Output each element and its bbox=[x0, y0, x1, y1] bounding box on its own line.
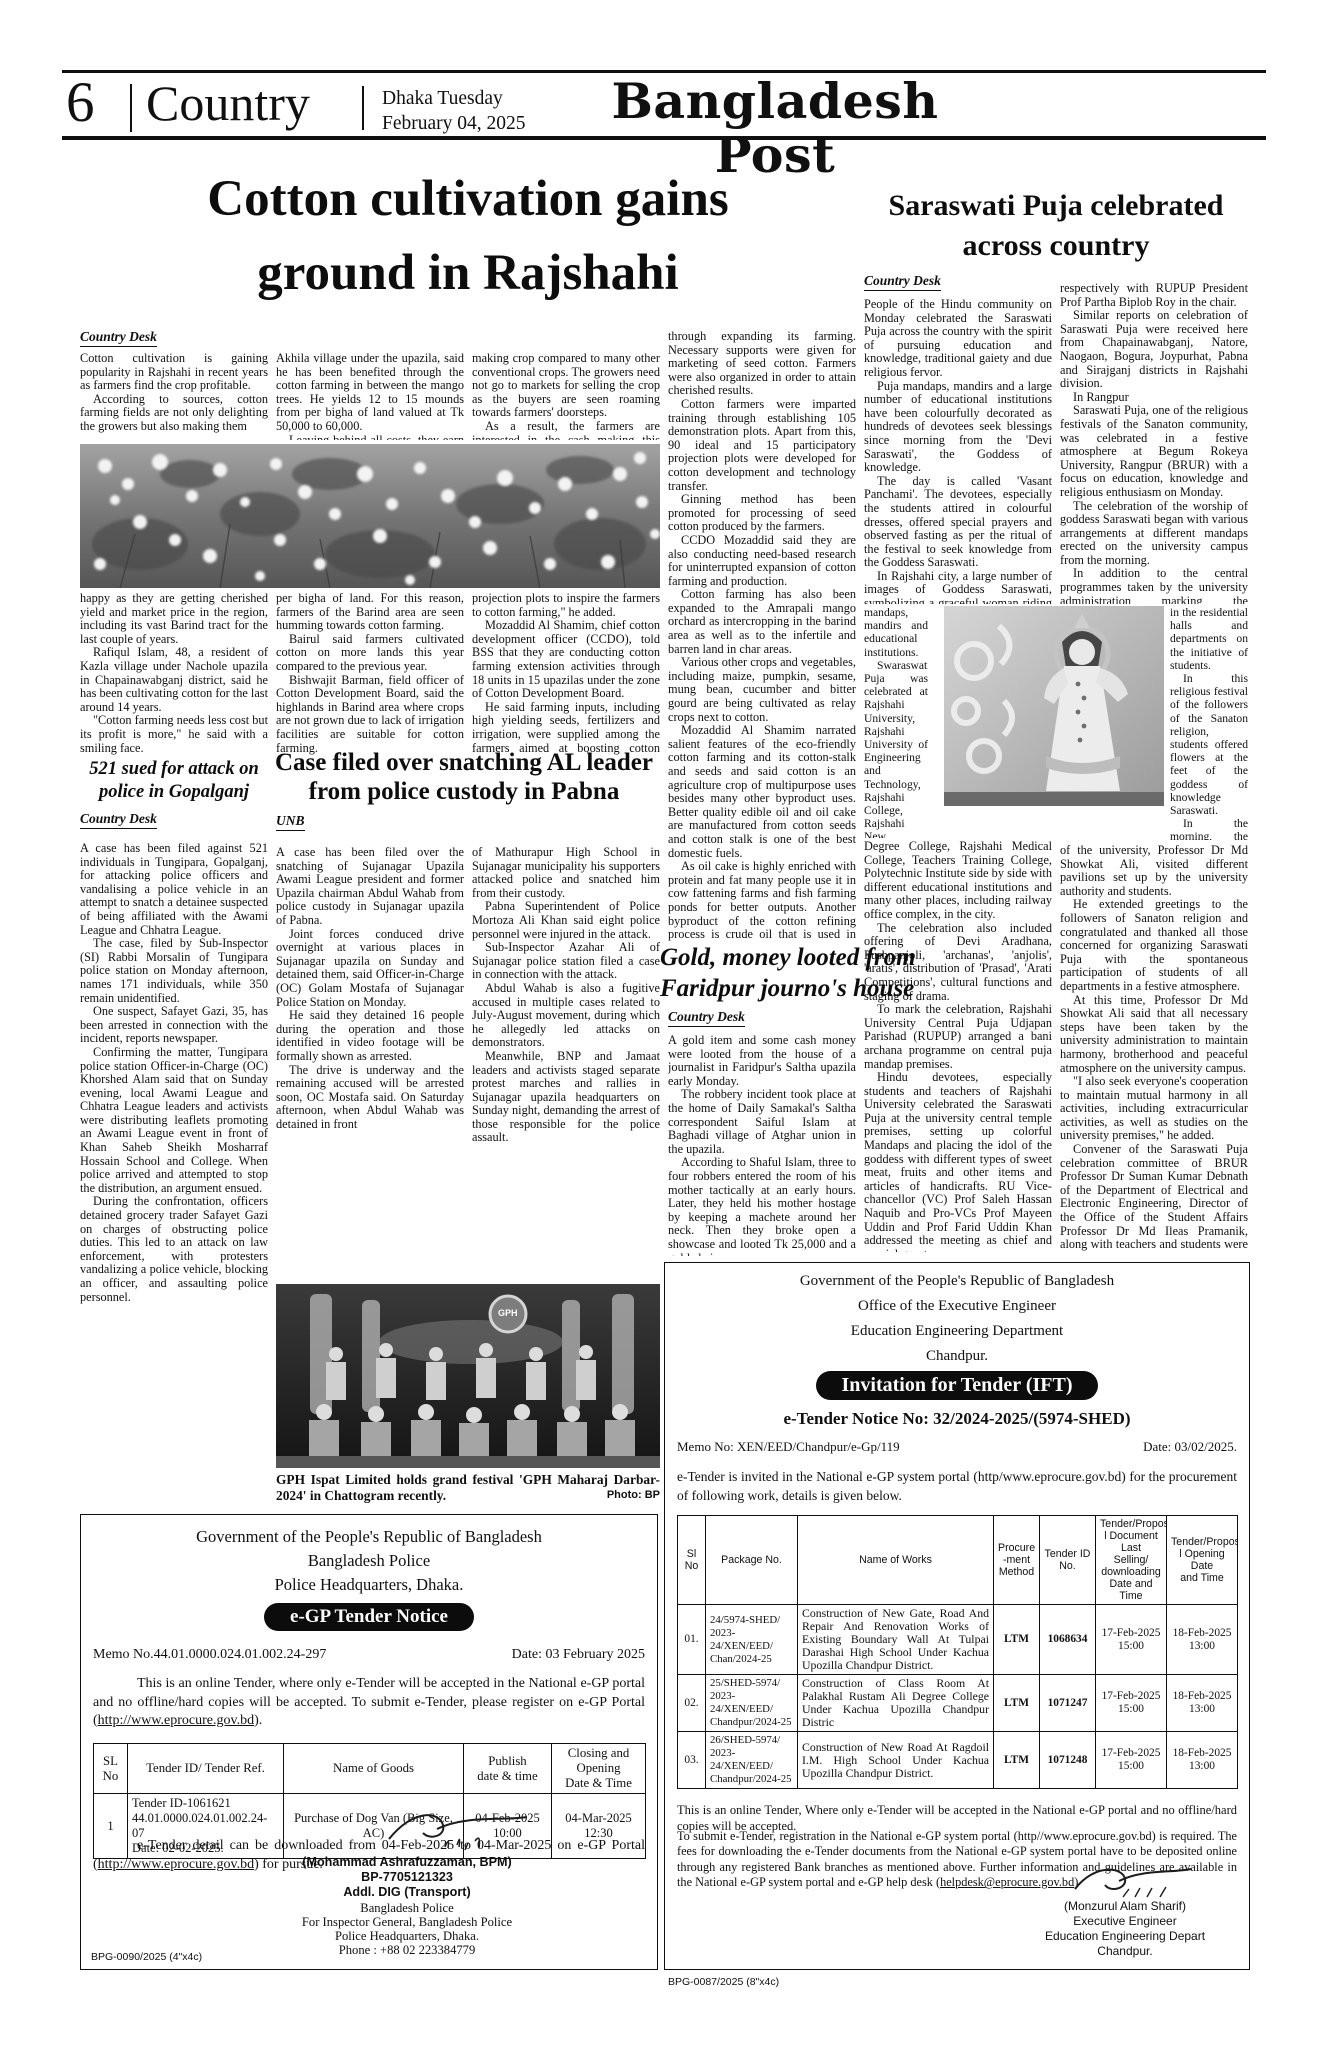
paragraph: happy as they are getting cherished yiel… bbox=[80, 592, 268, 646]
saraswati-col2-b: of the university, Professor Dr Md Showk… bbox=[1060, 844, 1248, 1252]
cotton-headline: Cotton cultivation gains ground in Rajsh… bbox=[80, 162, 856, 310]
table-header-cell: Tender ID/ Tender Ref. bbox=[128, 1744, 284, 1794]
pabna-col1: A case has been filed over the snatching… bbox=[276, 846, 464, 1274]
table-cell: 03. bbox=[678, 1732, 706, 1789]
saraswati-col1-a: People of the Hindu community on Monday … bbox=[864, 298, 1052, 604]
text-line: (Mohammad Ashrafuzzaman, BPM) bbox=[231, 1855, 583, 1870]
gold-byline: Country Desk bbox=[668, 1008, 745, 1027]
eed-tender-table-wrap: Sl NoPackage No.Name of WorksProcure -me… bbox=[677, 1515, 1237, 1789]
issue-date: Dhaka Tuesday February 04, 2025 bbox=[382, 86, 526, 136]
paragraph: of the university, Professor Dr Md Showk… bbox=[1060, 844, 1248, 898]
cotton-byline-label: Country Desk bbox=[80, 329, 157, 347]
paragraph: Meanwhile, BNP and Jamaat leaders and ac… bbox=[472, 1050, 660, 1145]
paragraph: Similar reports on celebration of Sarasw… bbox=[1060, 309, 1248, 391]
saraswati-headline-line2: across country bbox=[864, 226, 1248, 266]
text-line: Phone : +88 02 223384779 bbox=[231, 1943, 583, 1957]
police-tender-memo-row: Memo No.44.01.0000.024.01.002.24-297 Dat… bbox=[93, 1647, 645, 1663]
table-header-cell: Name of Goods bbox=[284, 1744, 464, 1794]
table-cell: 17-Feb-2025 15:00 bbox=[1096, 1675, 1167, 1732]
cotton-col2-bottom: per bigha of land. For this reason, farm… bbox=[276, 592, 464, 756]
table-header-cell: Package No. bbox=[706, 1516, 798, 1605]
paragraph: The robbery incident took place at the h… bbox=[668, 1088, 856, 1156]
cotton-col3-bottom: projection plots to inspire the farmers … bbox=[472, 592, 660, 756]
table-cell: 17-Feb-2025 15:00 bbox=[1096, 1732, 1167, 1789]
text-line: Chandpur. bbox=[1005, 1944, 1245, 1959]
text-line: Bangladesh Police bbox=[231, 1901, 583, 1915]
newspaper-page: 6 Country Dhaka Tuesday February 04, 202… bbox=[0, 0, 1328, 2048]
table-header-cell: Tender/Proposa l Opening Date and Time bbox=[1167, 1516, 1238, 1605]
text-line: For Inspector General, Bangladesh Police bbox=[231, 1915, 583, 1929]
gopalganj-byline-label: Country Desk bbox=[80, 811, 157, 829]
police-signatory-name: (Mohammad Ashrafuzzaman, BPM)BP-77051213… bbox=[231, 1855, 583, 1900]
cotton-col2-top: Akhila village under the upazila, said h… bbox=[276, 352, 464, 440]
saraswati-col1-b: Degree College, Rajshahi Medical College… bbox=[864, 840, 1052, 1252]
table-cell: 26/SHED-5974/ 2023-24/XEN/EED/ Chandpur/… bbox=[706, 1732, 798, 1789]
page-number: 6 bbox=[66, 74, 95, 131]
police-signatory-org: Bangladesh PoliceFor Inspector General, … bbox=[231, 1901, 583, 1957]
paragraph: The drive is underway and the remaining … bbox=[276, 1064, 464, 1132]
paragraph: Cotton farming has also been expanded to… bbox=[668, 588, 856, 656]
paragraph: Degree College, Rajshahi Medical College… bbox=[864, 840, 1052, 922]
paragraph: Sub-Inspector Azahar Ali of Sujanagar po… bbox=[472, 941, 660, 982]
eed-tender-ref: BPG-0087/2025 (8"x4c) bbox=[668, 1976, 779, 1988]
pabna-byline: UNB bbox=[276, 812, 305, 831]
gph-festival-photo-art bbox=[276, 1284, 660, 1468]
eed-tender-intro: e-Tender is invited in the National e-GP… bbox=[677, 1467, 1237, 1505]
table-header-row: SL NoTender ID/ Tender Ref.Name of Goods… bbox=[94, 1744, 646, 1794]
paragraph: CCDO Mozaddid said they are also conduct… bbox=[668, 534, 856, 588]
table-header-cell: Closing and Opening Date & Time bbox=[552, 1744, 646, 1794]
paragraph: Ginning method has been promoted for pro… bbox=[668, 493, 856, 534]
paragraph: Mozaddid Al Shamim narrated salient feat… bbox=[668, 724, 856, 860]
issue-date-line2: February 04, 2025 bbox=[382, 111, 526, 136]
paragraph: He said they detained 16 people during t… bbox=[276, 1009, 464, 1063]
paragraph: In addition to the central programmes ta… bbox=[1060, 567, 1248, 604]
table-header-cell: Tender ID No. bbox=[1040, 1516, 1096, 1605]
saraswati-col2-a: respectively with RUPUP President Prof P… bbox=[1060, 282, 1248, 604]
paragraph: mandaps, mandirs and educational institu… bbox=[864, 606, 928, 659]
text-line: Executive Engineer bbox=[1005, 1914, 1245, 1929]
table-row: 01.24/5974-SHED/ 2023-24/XEN/EED/ Chan/2… bbox=[678, 1605, 1238, 1675]
saraswati-col1-wrap: mandaps, mandirs and educational institu… bbox=[864, 606, 928, 838]
table-header-cell: Sl No bbox=[678, 1516, 706, 1605]
cotton-field-photo bbox=[80, 444, 660, 588]
paragraph: A case has been filed against 521 indivi… bbox=[80, 842, 268, 937]
table-cell: LTM bbox=[994, 1732, 1040, 1789]
header-divider-1 bbox=[130, 84, 132, 132]
cotton-col1-bottom: happy as they are getting cherished yiel… bbox=[80, 592, 268, 756]
text-line: Chandpur. bbox=[665, 1344, 1249, 1369]
cotton-byline: Country Desk bbox=[80, 328, 157, 347]
eed-tender-memo: Memo No: XEN/EED/Chandpur/e-Gp/119 bbox=[677, 1439, 900, 1455]
paragraph: Saraswati Puja, one of the religious fes… bbox=[1060, 404, 1248, 499]
police-tender-pill-wrap: e-GP Tender Notice bbox=[81, 1603, 657, 1631]
gopalganj-headline-line1: 521 sued for attack on bbox=[78, 758, 270, 781]
paragraph: in the residential halls and departments… bbox=[1170, 606, 1248, 672]
table-row: 03.26/SHED-5974/ 2023-24/XEN/EED/ Chandp… bbox=[678, 1732, 1238, 1789]
paragraph: Confirming the matter, Tungipara police … bbox=[80, 1046, 268, 1196]
cotton-headline-line1: Cotton cultivation gains bbox=[80, 162, 856, 236]
paragraph: In this religious festival of the follow… bbox=[1170, 672, 1248, 817]
paragraph: Puja mandaps, mandirs and a large number… bbox=[864, 380, 1052, 475]
paragraph: "I also seek everyone's cooperation to m… bbox=[1060, 1075, 1248, 1143]
paragraph: Leaving behind all costs, they earn a pr… bbox=[276, 434, 464, 440]
police-tender-para1-end: ). bbox=[254, 1713, 262, 1728]
table-cell: 1071247 bbox=[1040, 1675, 1096, 1732]
saraswati-headline: Saraswati Puja celebrated across country bbox=[864, 186, 1248, 266]
gopalganj-headline-line2: police in Gopalganj bbox=[78, 781, 270, 804]
cotton-col4: through expanding its farming. Necessary… bbox=[668, 330, 856, 942]
paragraph: of Mathurapur High School in Sujanagar m… bbox=[472, 846, 660, 900]
table-row: 02.25/SHED-5974/ 2023-24/XEN/EED/ Chandp… bbox=[678, 1675, 1238, 1732]
police-tender-pill: e-GP Tender Notice bbox=[264, 1603, 474, 1631]
eed-tender-pill: Invitation for Tender (IFT) bbox=[816, 1371, 1099, 1400]
gph-photo-credit: Photo: BP bbox=[607, 1488, 660, 1504]
text-line: Education Engineering Department bbox=[665, 1319, 1249, 1344]
paragraph: Various other crops and vegetables, incl… bbox=[668, 656, 856, 724]
paragraph: Abdul Wahab is also a fugitive accused i… bbox=[472, 982, 660, 1050]
eed-tender-org: Government of the People's Republic of B… bbox=[665, 1269, 1249, 1369]
paragraph: As a result, the farmers are interested … bbox=[472, 420, 660, 440]
pabna-headline: Case filed over snatching AL leader from… bbox=[268, 748, 660, 806]
paragraph: As oil cake is highly enriched with prot… bbox=[668, 860, 856, 942]
saraswati-byline: Country Desk bbox=[864, 272, 941, 291]
police-tender-org: Government of the People's Republic of B… bbox=[81, 1525, 657, 1597]
gold-headline-line2: Faridpur journo's house bbox=[660, 973, 864, 1004]
gph-logo: GPH bbox=[498, 1308, 518, 1318]
table-cell: Construction of Class Room At Palakhal R… bbox=[798, 1675, 994, 1732]
paragraph: projection plots to inspire the farmers … bbox=[472, 592, 660, 619]
paragraph: In Rangpur bbox=[1060, 391, 1248, 405]
pabna-headline-line1: Case filed over snatching AL leader bbox=[268, 748, 660, 777]
eed-tender-notice: Government of the People's Republic of B… bbox=[664, 1262, 1250, 1970]
table-cell: 1071248 bbox=[1040, 1732, 1096, 1789]
cotton-col1-top: Cotton cultivation is gaining popularity… bbox=[80, 352, 268, 440]
paragraph: He extended greetings to the followers o… bbox=[1060, 898, 1248, 993]
paragraph: One suspect, Safayet Gazi, 35, has been … bbox=[80, 1005, 268, 1046]
paragraph: The case, filed by Sub-Inspector (SI) Ra… bbox=[80, 937, 268, 1005]
police-tender-para1: This is an online Tender, where only e-T… bbox=[93, 1675, 645, 1731]
gph-photo-caption: GPH Ispat Limited holds grand festival '… bbox=[276, 1472, 660, 1506]
paragraph: "Cotton farming needs less cost but its … bbox=[80, 714, 268, 755]
eed-tender-pill-wrap: Invitation for Tender (IFT) bbox=[665, 1371, 1249, 1400]
saraswati-col2-wrap: in the residential halls and departments… bbox=[1170, 606, 1248, 840]
gold-byline-label: Country Desk bbox=[668, 1009, 745, 1027]
text-line: BP-7705121323 bbox=[231, 1870, 583, 1885]
gph-festival-photo: GPH bbox=[276, 1284, 660, 1468]
saraswati-idol-photo-art bbox=[944, 606, 1164, 806]
text-line: Education Engineering Depart bbox=[1005, 1929, 1245, 1944]
paragraph: In Rajshahi city, a large number of imag… bbox=[864, 570, 1052, 604]
text-line: Addl. DIG (Transport) bbox=[231, 1885, 583, 1900]
paragraph: making crop compared to many other conve… bbox=[472, 352, 660, 420]
paragraph: Hindu devotees, especially students and … bbox=[864, 1071, 1052, 1252]
pabna-col2: of Mathurapur High School in Sujanagar m… bbox=[472, 846, 660, 1274]
gph-caption-text: GPH Ispat Limited holds grand festival '… bbox=[276, 1472, 660, 1503]
text-line: Government of the People's Republic of B… bbox=[665, 1269, 1249, 1294]
eprocure-link[interactable]: http://www.eprocure.gov.bd bbox=[98, 1713, 254, 1728]
table-cell: LTM bbox=[994, 1675, 1040, 1732]
table-header-cell: Publish date & time bbox=[464, 1744, 552, 1794]
eed-tender-memo-row: Memo No: XEN/EED/Chandpur/e-Gp/119 Date:… bbox=[677, 1439, 1237, 1455]
cotton-col3-top: making crop compared to many other conve… bbox=[472, 352, 660, 440]
text-line: Police Headquarters, Dhaka. bbox=[81, 1573, 657, 1597]
text-line: Bangladesh Police bbox=[81, 1549, 657, 1573]
gopalganj-byline: Country Desk bbox=[80, 810, 157, 829]
paragraph: According to sources, cotton farming fie… bbox=[80, 393, 268, 434]
table-cell: LTM bbox=[994, 1605, 1040, 1675]
paragraph: During the confrontation, officers detai… bbox=[80, 1195, 268, 1304]
paragraph: Rafiqul Islam, 48, a resident of Kazla v… bbox=[80, 646, 268, 714]
gold-headline-line1: Gold, money looted from bbox=[660, 942, 864, 973]
paragraph: Convener of the Saraswati Puja celebrati… bbox=[1060, 1143, 1248, 1252]
saraswati-headline-line1: Saraswati Puja celebrated bbox=[864, 186, 1248, 226]
saraswati-idol-photo bbox=[944, 606, 1164, 806]
helpdesk-link[interactable]: helpdesk@eprocure.gov.bd bbox=[940, 1875, 1074, 1889]
gold-headline: Gold, money looted from Faridpur journo'… bbox=[660, 942, 864, 1004]
table-header-cell: Procure -ment Method bbox=[994, 1516, 1040, 1605]
table-cell: 25/SHED-5974/ 2023-24/XEN/EED/ Chandpur/… bbox=[706, 1675, 798, 1732]
paragraph: Pabna Superintendent of Police Mortoza A… bbox=[472, 900, 660, 941]
paragraph: A case has been filed over the snatching… bbox=[276, 846, 464, 928]
paragraph: In the morning, the Vice-chancellor bbox=[1170, 817, 1248, 840]
police-tender-ref: BPG-0090/2025 (4"x4c) bbox=[91, 1951, 202, 1963]
table-cell: 18-Feb-2025 13:00 bbox=[1167, 1675, 1238, 1732]
issue-date-line1: Dhaka Tuesday bbox=[382, 86, 526, 111]
table-cell: 01. bbox=[678, 1605, 706, 1675]
table-header-cell: Name of Works bbox=[798, 1516, 994, 1605]
pabna-headline-line2: from police custody in Pabna bbox=[268, 777, 660, 806]
paragraph: Cotton farmers were imparted training th… bbox=[668, 398, 856, 493]
eed-tender-notice-no: e-Tender Notice No: 32/2024-2025/(5974-S… bbox=[665, 1409, 1249, 1429]
table-header-cell: SL No bbox=[94, 1744, 128, 1794]
police-tender-date: Date: 03 February 2025 bbox=[512, 1647, 645, 1663]
paragraph: Bishwajit Barman, field officer of Cotto… bbox=[276, 674, 464, 756]
paragraph: Akhila village under the upazila, said h… bbox=[276, 352, 464, 434]
pabna-byline-label: UNB bbox=[276, 813, 305, 831]
header-divider-2 bbox=[362, 86, 364, 130]
paragraph: Mozaddid Al Shamim, chief cotton develop… bbox=[472, 619, 660, 701]
police-tender-memo: Memo No.44.01.0000.024.01.002.24-297 bbox=[93, 1647, 326, 1663]
text-line: Office of the Executive Engineer bbox=[665, 1294, 1249, 1319]
table-header-row: Sl NoPackage No.Name of WorksProcure -me… bbox=[678, 1516, 1238, 1605]
paragraph: respectively with RUPUP President Prof P… bbox=[1060, 282, 1248, 309]
header-bottom-rule bbox=[62, 136, 1266, 140]
paragraph: Bairul Islam, 54, another farmer of bbox=[80, 755, 268, 756]
table-cell: 1068634 bbox=[1040, 1605, 1096, 1675]
paragraph: Cotton cultivation is gaining popularity… bbox=[80, 352, 268, 393]
table-cell: 02. bbox=[678, 1675, 706, 1732]
paragraph: The day is called 'Vasant Panchami'. The… bbox=[864, 475, 1052, 570]
police-tender-notice: Government of the People's Republic of B… bbox=[80, 1514, 658, 1970]
section-title: Country bbox=[146, 76, 310, 130]
cotton-headline-line2: ground in Rajshahi bbox=[80, 236, 856, 310]
cotton-field-photo-art bbox=[80, 444, 660, 588]
paragraph: People of the Hindu community on Monday … bbox=[864, 298, 1052, 380]
paragraph: To mark the celebration, Rajshahi Univer… bbox=[864, 1003, 1052, 1071]
paragraph: Bairul said farmers cultivated cotton on… bbox=[276, 633, 464, 674]
table-cell: 18-Feb-2025 13:00 bbox=[1167, 1605, 1238, 1675]
eed-tender-date: Date: 03/02/2025. bbox=[1143, 1439, 1237, 1455]
text-line: Government of the People's Republic of B… bbox=[81, 1525, 657, 1549]
saraswati-byline-label: Country Desk bbox=[864, 273, 941, 291]
table-cell: 18-Feb-2025 13:00 bbox=[1167, 1732, 1238, 1789]
gopalganj-body: A case has been filed against 521 indivi… bbox=[80, 842, 268, 1494]
paragraph: At this time, Professor Dr Md Showkat Al… bbox=[1060, 994, 1248, 1076]
gopalganj-headline: 521 sued for attack on police in Gopalga… bbox=[78, 758, 270, 804]
table-cell: 24/5974-SHED/ 2023-24/XEN/EED/ Chan/2024… bbox=[706, 1605, 798, 1675]
paragraph: According to Shaful Islam, three to four… bbox=[668, 1156, 856, 1256]
paragraph: through expanding its farming. Necessary… bbox=[668, 330, 856, 398]
paragraph: per bigha of land. For this reason, farm… bbox=[276, 592, 464, 633]
paragraph: Swaraswati Puja was celebrated at Rajsha… bbox=[864, 659, 928, 838]
paragraph: Joint forces conduced drive overnight at… bbox=[276, 928, 464, 1010]
text-line: Police Headquarters, Dhaka. bbox=[231, 1929, 583, 1943]
eed-tender-table: Sl NoPackage No.Name of WorksProcure -me… bbox=[677, 1515, 1238, 1789]
table-cell: Construction of New Gate, Road And Repai… bbox=[798, 1605, 994, 1675]
gold-body: A gold item and some cash money were loo… bbox=[668, 1034, 856, 1256]
police-signature-icon bbox=[381, 1807, 531, 1858]
table-cell: Construction of New Road At Ragdoil I.M.… bbox=[798, 1732, 994, 1789]
table-header-cell: Tender/Proposa l Document Last Selling/ … bbox=[1096, 1516, 1167, 1605]
eed-signatory: (Monzurul Alam Sharif)Executive Engineer… bbox=[1005, 1899, 1245, 1959]
paragraph: The celebration of the worship of goddes… bbox=[1060, 500, 1248, 568]
table-cell: 17-Feb-2025 15:00 bbox=[1096, 1605, 1167, 1675]
text-line: (Monzurul Alam Sharif) bbox=[1005, 1899, 1245, 1914]
paragraph: A gold item and some cash money were loo… bbox=[668, 1034, 856, 1088]
